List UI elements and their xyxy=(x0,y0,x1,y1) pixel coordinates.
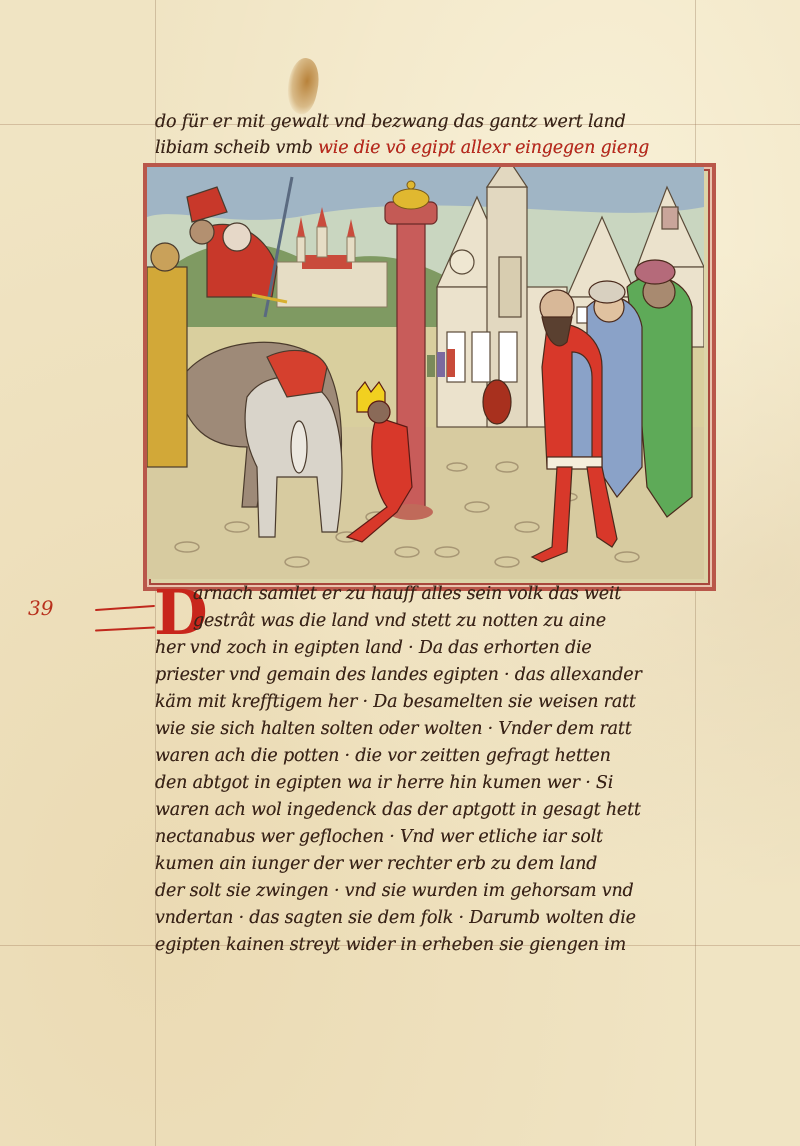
body-line-8: den abtgot in egipten wa ir herre hin ku… xyxy=(155,773,613,793)
body-line-11: kumen ain iunger der wer rechter erb zu … xyxy=(155,854,597,874)
body-line-3: her vnd zoch in egipten land · Da das er… xyxy=(155,638,592,658)
pen-flourish-2 xyxy=(95,626,155,631)
header-line-1: do für er mit gewalt vnd bezwang das gan… xyxy=(155,112,626,132)
body-line-4: priester vnd gemain des landes egipten ·… xyxy=(155,665,642,685)
body-line-5: käm mit krefftigem her · Da besamelten s… xyxy=(155,692,636,712)
pen-flourish-1 xyxy=(95,605,155,611)
rubric-caption: wie die vō egipt allexr eingegen gieng xyxy=(318,138,649,158)
marginal-number: 39 xyxy=(28,596,53,620)
body-line-14: egipten kainen streyt wider in erheben s… xyxy=(155,935,626,955)
body-line-1: arnach samlet er zu hauff alles sein vol… xyxy=(193,584,621,604)
header-line-2: libiam scheib vmb wie die vō egipt allex… xyxy=(155,138,649,158)
body-line-6: wie sie sich halten solten oder wolten ·… xyxy=(155,719,632,739)
miniature-illustration xyxy=(143,163,716,591)
manuscript-page: do für er mit gewalt vnd bezwang das gan… xyxy=(0,0,800,1146)
body-line-2: gestrât was die land vnd stett zu notten… xyxy=(193,611,606,631)
header-line-2-black: libiam scheib vmb xyxy=(155,138,313,158)
illustration-scene xyxy=(147,167,704,579)
body-line-7: waren ach die potten · die vor zeitten g… xyxy=(155,746,611,766)
body-line-9: waren ach wol ingedenck das der aptgott … xyxy=(155,800,641,820)
parchment-stain xyxy=(283,55,324,116)
body-line-10: nectanabus wer geflochen · Vnd wer etlic… xyxy=(155,827,603,847)
body-line-13: vndertan · das sagten sie dem folk · Dar… xyxy=(155,908,636,928)
body-line-12: der solt sie zwingen · vnd sie wurden im… xyxy=(155,881,634,901)
